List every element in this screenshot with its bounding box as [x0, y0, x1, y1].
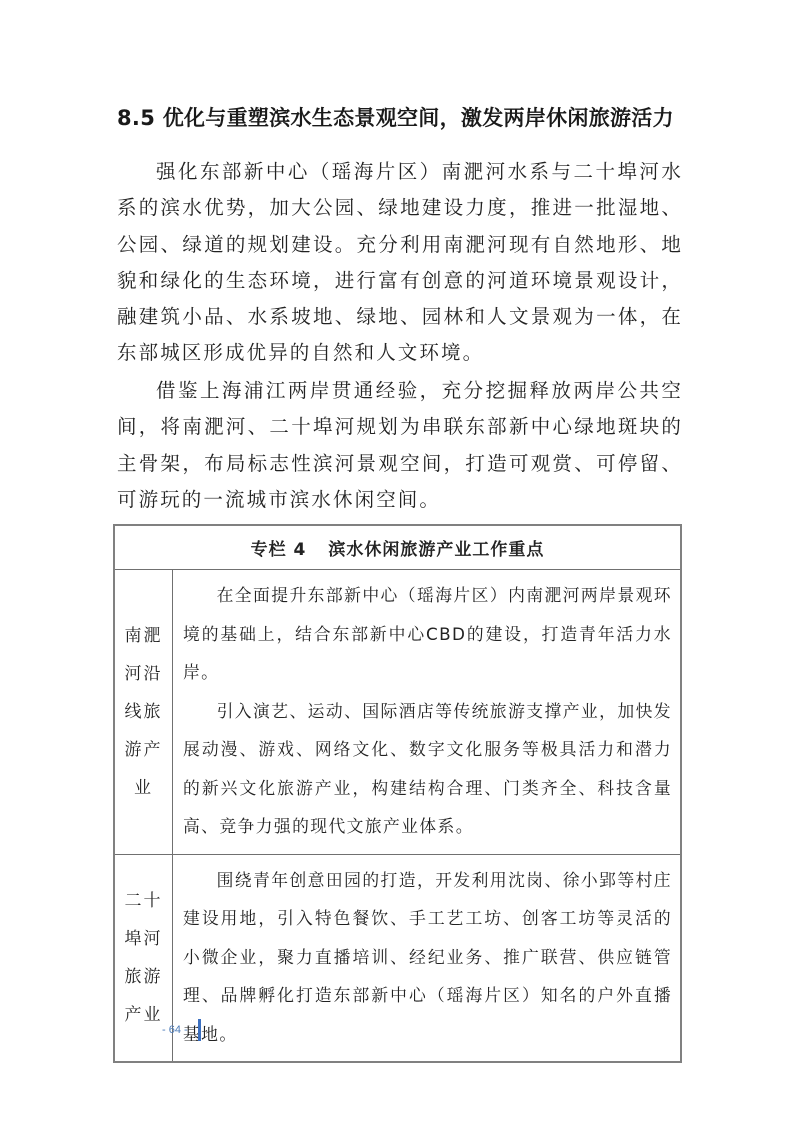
table-header-row: 专栏 4滨水休闲旅游产业工作重点: [114, 525, 681, 570]
body-paragraph-1: 强化东部新中心（瑶海片区）南淝河水系与二十埠河水系的滨水优势，加大公园、绿地建设…: [117, 154, 683, 372]
row-label-nanfei-river: 南淝 河沿 线旅 游产 业: [114, 570, 173, 855]
focus-box-table: 专栏 4滨水休闲旅游产业工作重点 南淝 河沿 线旅 游产 业 在全面提升东部新中…: [113, 524, 682, 1063]
row-label-line: 河沿: [115, 655, 172, 693]
row-paragraph: 围绕青年创意田园的打造，开发利用沈岗、徐小郢等村庄建设用地，引入特色餐饮、手工艺…: [183, 861, 672, 1054]
row-label-line: 二十: [115, 882, 172, 920]
body-paragraph-2: 借鉴上海浦江两岸贯通经验，充分挖掘释放两岸公共空间，将南淝河、二十埠河规划为串联…: [117, 373, 683, 518]
row-label-line: 游产: [115, 731, 172, 769]
row-content-nanfei-river: 在全面提升东部新中心（瑶海片区）内南淝河两岸景观环境的基础上，结合东部新中心CB…: [173, 570, 682, 855]
table-title-text: 滨水休闲旅游产业工作重点: [328, 540, 544, 560]
row-paragraph: 在全面提升东部新中心（瑶海片区）内南淝河两岸景观环境的基础上，结合东部新中心CB…: [183, 576, 672, 692]
page-accent-bar: [198, 1019, 201, 1041]
document-page: 8.5 优化与重塑滨水生态景观空间，激发两岸休闲旅游活力 强化东部新中心（瑶海片…: [0, 0, 793, 1122]
table-row: 南淝 河沿 线旅 游产 业 在全面提升东部新中心（瑶海片区）内南淝河两岸景观环境…: [114, 570, 681, 855]
table-title: 专栏 4滨水休闲旅游产业工作重点: [114, 525, 681, 570]
row-label-line: 业: [115, 769, 172, 807]
row-label-line: 南淝: [115, 617, 172, 655]
table-title-prefix: 专栏 4: [251, 540, 307, 560]
page-number: - 64 -: [162, 1024, 188, 1036]
row-label-line: 旅游: [115, 958, 172, 996]
row-content-ershibu-river: 围绕青年创意田园的打造，开发利用沈岗、徐小郢等村庄建设用地，引入特色餐饮、手工艺…: [173, 854, 682, 1062]
section-heading: 8.5 优化与重塑滨水生态景观空间，激发两岸休闲旅游活力: [117, 103, 697, 133]
row-label-line: 埠河: [115, 920, 172, 958]
page-footer: - 64 -: [162, 1017, 201, 1043]
row-label-line: 线旅: [115, 693, 172, 731]
row-paragraph: 引入演艺、运动、国际酒店等传统旅游支撑产业，加快发展动漫、游戏、网络文化、数字文…: [183, 692, 672, 846]
